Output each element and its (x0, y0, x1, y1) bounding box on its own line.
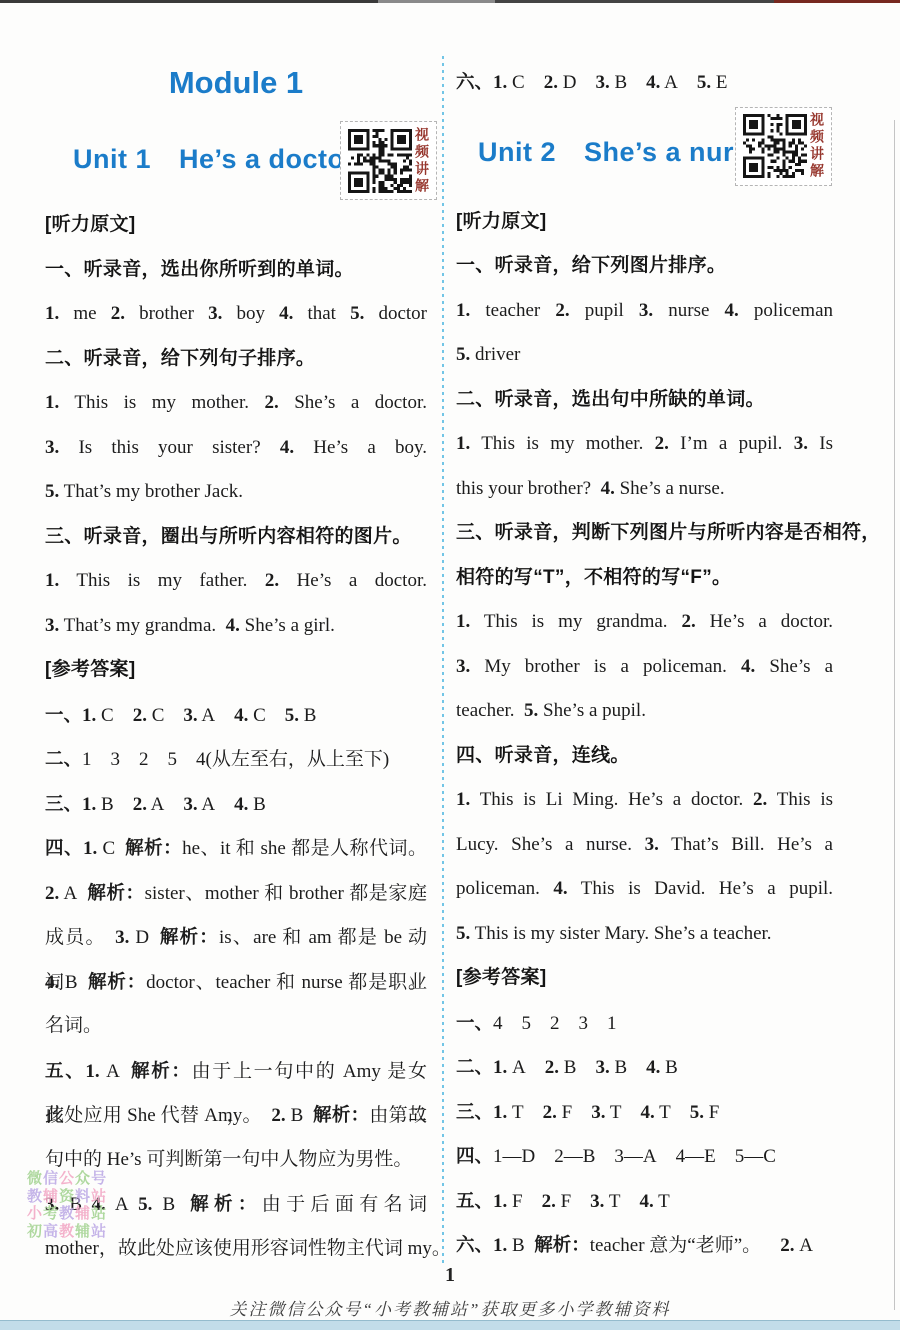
text-segment: A (100, 1061, 130, 1082)
watermark-char: 站 (91, 1223, 107, 1240)
text-segment: F (704, 1102, 719, 1123)
unit1-title: Unit 1 He’s a doctor. (45, 144, 362, 175)
text-segment: 4. (234, 705, 248, 726)
text-segment: 3. (595, 1057, 609, 1078)
text-segment: A (507, 1057, 544, 1078)
watermark-line: 教辅资料站 (27, 1188, 107, 1206)
text-line: 5. driver (456, 333, 833, 378)
workbook-answer-page: Module 1 Unit 1 He’s a doctor. 视频讲解 [听力原… (0, 0, 900, 1330)
text-segment: C (248, 705, 284, 726)
text-line: 1. teacher 2. pupil 3. nurse 4. policema… (456, 289, 833, 334)
text-segment: 1. (493, 1235, 507, 1256)
text-segment: This is my father. (59, 570, 265, 591)
text-segment: 2. (265, 570, 279, 591)
watermark-char: 众 (75, 1170, 91, 1187)
watermark-char: 教 (59, 1205, 75, 1222)
text-line: 六、1. C 2. D 3. B 4. A 5. E (456, 60, 833, 105)
text-segment: 4 5 2 3 1 (493, 1013, 617, 1034)
text-segment: 1. (45, 303, 59, 324)
text-segment: 1. (493, 1191, 507, 1212)
watermark-char: 辅 (43, 1188, 59, 1205)
text-segment: B (152, 1194, 184, 1215)
watermark-char: 辅 (75, 1223, 91, 1240)
text-segment: 2. (271, 1105, 285, 1126)
text-segment: 1. (456, 433, 470, 454)
page-number: 1 (0, 1264, 900, 1287)
watermark-char: 号 (91, 1170, 107, 1187)
text-line: 2. A 解析：sister、mother 和 brother 都是家庭 (45, 871, 427, 916)
qr-code-icon (348, 129, 412, 193)
text-segment: teacher 意为“老师”。 (590, 1235, 780, 1256)
text-segment: 1. (83, 838, 97, 859)
text-segment: 2. (545, 1057, 559, 1078)
text-segment: D (558, 72, 595, 93)
qr-code-icon (743, 114, 807, 178)
text-segment: 五、 (456, 1190, 493, 1211)
text-segment: 六、 (456, 1234, 493, 1255)
text-line: 三、1. B 2. A 3. A 4. B (45, 782, 427, 827)
text-line: 1. This is my mother. 2. I’m a pupil. 3.… (456, 422, 833, 467)
text-line: 1. This is my mother. 2. She’s a doctor. (45, 381, 427, 426)
text-segment: She’s a (755, 656, 833, 677)
text-segment: 2. (544, 72, 558, 93)
text-segment: 1. (493, 72, 507, 93)
text-segment: 3. (591, 1102, 605, 1123)
page-bottom-bar (0, 1320, 900, 1330)
text-segment: 解析： (185, 1193, 262, 1214)
text-segment: F (557, 1102, 591, 1123)
text-segment: 3. (595, 72, 609, 93)
text-segment: 3. (183, 794, 197, 815)
text-segment: 4. (234, 794, 248, 815)
text-segment: This is my mother. (59, 392, 264, 413)
text-segment: brother (125, 303, 208, 324)
text-segment: 2. (133, 794, 147, 815)
text-segment: F (556, 1191, 590, 1212)
qr-box-unit2: 视频讲解 (735, 107, 832, 186)
text-segment: 2. (555, 300, 569, 321)
text-segment: 3. (639, 300, 653, 321)
text-line: 一、4 5 2 3 1 (456, 1001, 833, 1046)
text-line: 二、1 3 2 5 4(从左至右，从上至下) (45, 737, 427, 782)
text-segment: B (286, 1105, 313, 1126)
text-segment: policeman (739, 300, 833, 321)
text-segment: 2. (45, 883, 59, 904)
text-segment: 一、 (456, 1012, 493, 1033)
qr-box-unit1: 视频讲解 (340, 121, 437, 200)
text-segment: B (660, 1057, 677, 1078)
watermark-char: 初 (27, 1223, 43, 1240)
text-line: this your brother? 4. She’s a nurse. (456, 467, 833, 512)
text-segment: B (507, 1235, 534, 1256)
text-segment: policeman. (456, 878, 553, 899)
section-heading: 三、听录音，判断下列图片与所听内容是否相符， (456, 511, 833, 556)
text-segment: 1. (456, 300, 470, 321)
text-segment: that (293, 303, 350, 324)
text-line: 五、1. A 解析：由于上一句中的 Amy 是女孩，故 (45, 1049, 427, 1094)
text-segment: 5. (697, 72, 711, 93)
text-segment: 四、 (456, 1145, 493, 1166)
right-column-carryover-text: 六、1. C 2. D 3. B 4. A 5. E (456, 60, 833, 105)
text-segment: 4. (646, 1057, 660, 1078)
qr-video-label: 视频讲解 (415, 127, 429, 195)
text-segment: 3. (456, 656, 470, 677)
bracket-heading: [参考答案] (45, 648, 427, 693)
text-segment: B (59, 972, 87, 993)
text-segment: This is my sister Mary. She’s a teacher. (470, 923, 771, 944)
right-column-text: [听力原文]一、听录音，给下列图片排序。1. teacher 2. pupil … (456, 200, 833, 1268)
text-segment: 解析： (313, 1104, 370, 1125)
text-segment: 解析： (159, 926, 219, 947)
watermark-char: 信 (43, 1170, 59, 1187)
text-segment: nurse (653, 300, 724, 321)
text-segment: 3. (208, 303, 222, 324)
text-segment: 4. (646, 72, 660, 93)
watermark-line: 初高教辅站 (27, 1223, 107, 1241)
text-segment: 4. (226, 615, 240, 636)
text-segment: me (59, 303, 110, 324)
text-segment: This is Li Ming. He’s a doctor. (470, 789, 753, 810)
text-line: 一、1. C 2. C 3. A 4. C 5. B (45, 693, 427, 738)
text-segment: 1. (45, 570, 59, 591)
text-segment: A (147, 794, 183, 815)
text-segment: 2. (542, 1191, 556, 1212)
text-segment: sister、mother 和 brother 都是家庭 (145, 883, 427, 904)
text-segment: A (198, 794, 234, 815)
text-line: 三、1. T 2. F 3. T 4. T 5. F (456, 1090, 833, 1135)
text-line: teacher. 5. She’s a pupil. (456, 689, 833, 734)
text-segment: 2. (133, 705, 147, 726)
text-segment: T (604, 1191, 639, 1212)
text-segment: pupil (570, 300, 639, 321)
unit2-title: Unit 2 She’s a nurse. (456, 137, 773, 168)
text-segment: 4. (553, 878, 567, 899)
text-segment: 4. (45, 972, 59, 993)
text-segment: 解析： (129, 1060, 191, 1081)
text-segment: C (147, 705, 183, 726)
section-heading: 二、听录音，给下列句子排序。 (45, 337, 427, 382)
text-segment: 3. (45, 437, 59, 458)
text-segment: 1—D 2—B 3—A 4—E 5—C (493, 1146, 776, 1167)
text-segment: 四、 (45, 837, 83, 858)
section-heading: 一、听录音，选出你所听到的单词。 (45, 248, 427, 293)
text-line: 此处应用 She 代替 Amy。 2. B 解析：由第二 (45, 1093, 427, 1138)
text-segment: doctor、teacher 和 nurse 都是职业 (146, 972, 427, 993)
text-segment: 1. (493, 1057, 507, 1078)
text-line: policeman. 4. This is David. He’s a pupi… (456, 867, 833, 912)
text-line: 名词。 (45, 1004, 427, 1049)
section-heading: 二、听录音，选出句中所缺的单词。 (456, 378, 833, 423)
text-segment: B (248, 794, 265, 815)
page-top-edge (0, 0, 900, 3)
section-heading: 三、听录音，圈出与所听内容相符的图片。 (45, 515, 427, 560)
text-segment: 4. (280, 437, 294, 458)
text-segment: 解析： (534, 1234, 590, 1255)
text-segment: 1. (82, 705, 96, 726)
text-segment: teacher (470, 300, 555, 321)
text-segment: 二、 (456, 1056, 493, 1077)
text-segment: 1. (456, 611, 470, 632)
text-line: 成员。 3. D 解析：is、are 和 am 都是 be 动词。 (45, 915, 427, 960)
text-segment: F (507, 1191, 541, 1212)
text-segment: 1 3 2 5 4(从左至右，从上至下) (82, 749, 389, 770)
text-segment: 句中的 He’s 可判断第一句中人物应为男性。 (45, 1149, 412, 1170)
unit1-header: Unit 1 He’s a doctor. 视频讲解 (45, 115, 427, 203)
text-segment: 2. (543, 1102, 557, 1123)
text-segment: driver (470, 344, 520, 365)
text-segment: I’m a pupil. (669, 433, 794, 454)
text-segment: That’s my grandma. (59, 615, 225, 636)
text-segment: 解析： (125, 837, 182, 858)
text-segment: 2. (111, 303, 125, 324)
text-line: 四、1. C 解析：he、it 和 she 都是人称代词。 (45, 826, 427, 871)
text-segment: D (129, 927, 158, 948)
text-segment: 解析： (87, 882, 145, 903)
text-segment: 1. (493, 1102, 507, 1123)
text-segment: 4. (640, 1102, 654, 1123)
text-segment: C (97, 838, 124, 859)
text-segment: T (507, 1102, 542, 1123)
text-segment: C (507, 72, 543, 93)
section-heading: 一、听录音，给下列图片排序。 (456, 244, 833, 289)
text-segment: 由第二 (369, 1105, 427, 1126)
unit2-header: Unit 2 She’s a nurse. 视频讲解 (456, 105, 833, 200)
text-line: 二、1. A 2. B 3. B 4. B (456, 1045, 833, 1090)
text-segment: 4. (725, 300, 739, 321)
text-segment: 解析： (87, 971, 146, 992)
text-segment: 3. (645, 834, 659, 855)
text-segment: B (299, 705, 316, 726)
text-segment: 2. (264, 392, 278, 413)
text-segment: 5. (690, 1102, 704, 1123)
text-segment: 5. (456, 923, 470, 944)
text-segment: 2. (780, 1235, 794, 1256)
text-segment: He’s a doctor. (279, 570, 427, 591)
text-segment: He’s a doctor. (696, 611, 833, 632)
text-segment: B (559, 1057, 595, 1078)
text-segment: B (610, 72, 646, 93)
text-segment: 5. (524, 700, 538, 721)
watermark-char: 教 (59, 1223, 75, 1240)
watermark-char: 资 (59, 1188, 75, 1205)
text-segment: 3. (794, 433, 808, 454)
text-segment: That’s my brother Jack. (59, 481, 243, 502)
text-segment: Lucy. She’s a nurse. (456, 834, 645, 855)
text-segment: doctor (364, 303, 427, 324)
text-segment: teacher. (456, 700, 524, 721)
text-segment: B (96, 794, 132, 815)
section-heading: 相符的写“T”，不相符的写“F”。 (456, 556, 833, 601)
text-segment: She’s a girl. (240, 615, 335, 636)
text-segment: My brother is a policeman. (470, 656, 741, 677)
text-segment: 3. (183, 705, 197, 726)
text-segment: 5. (456, 344, 470, 365)
text-segment: mother，故此处应该使用形容词性物主代词 my。 (45, 1238, 451, 1259)
text-segment: 5. (45, 481, 59, 502)
text-segment: 2. (681, 611, 695, 632)
text-segment: boy (222, 303, 279, 324)
text-segment: 六、 (456, 71, 493, 92)
text-segment: T (655, 1102, 690, 1123)
left-column-text: [听力原文]一、听录音，选出你所听到的单词。1. me 2. brother 3… (45, 203, 427, 1271)
text-segment: 5. (285, 705, 299, 726)
watermark-line: 微信公众号 (27, 1170, 107, 1188)
text-segment: this your brother? (456, 478, 601, 499)
text-line: 1. This is my father. 2. He’s a doctor. (45, 559, 427, 604)
text-segment: 名词。 (45, 1015, 102, 1036)
text-segment: He’s a boy. (294, 437, 427, 458)
text-segment: 3. (45, 615, 59, 636)
text-line: 3. My brother is a policeman. 4. She’s a (456, 645, 833, 690)
text-segment: 1. (456, 789, 470, 810)
text-segment: 此处应用 She 代替 Amy。 (45, 1105, 271, 1126)
watermark-char: 公 (59, 1170, 75, 1187)
text-line: 3. That’s my grandma. 4. She’s a girl. (45, 604, 427, 649)
text-line: 六、1. B 解析：teacher 意为“老师”。 2. A (456, 1223, 833, 1268)
left-column: Module 1 Unit 1 He’s a doctor. 视频讲解 [听力原… (45, 60, 427, 1271)
text-segment: B (610, 1057, 646, 1078)
text-segment: T (654, 1191, 670, 1212)
text-line: 5. That’s my brother Jack. (45, 470, 427, 515)
text-line: 5. This is my sister Mary. She’s a teach… (456, 912, 833, 957)
text-line: 1. me 2. brother 3. boy 4. that 5. docto… (45, 292, 427, 337)
watermark-char: 站 (91, 1188, 107, 1205)
text-segment: 4. (601, 478, 615, 499)
text-segment: A (794, 1235, 812, 1256)
text-segment: 4. (741, 656, 755, 677)
footer-note: 关注微信公众号“小考教辅站”获取更多小学教辅资料 (0, 1295, 900, 1320)
watermark-char: 辅 (75, 1205, 91, 1222)
text-line: 1. This is my grandma. 2. He’s a doctor. (456, 600, 833, 645)
text-segment: he、it 和 she 都是人称代词。 (182, 838, 427, 859)
text-line: Lucy. She’s a nurse. 3. That’s Bill. He’… (456, 823, 833, 868)
bracket-heading: [参考答案] (456, 956, 833, 1001)
watermark-char: 站 (91, 1205, 107, 1222)
text-segment: A (198, 705, 234, 726)
column-divider (442, 56, 444, 1264)
text-line: 4. B 解析：doctor、teacher 和 nurse 都是职业 (45, 960, 427, 1005)
section-heading: 四、听录音，连线。 (456, 734, 833, 779)
text-segment: A (106, 1194, 138, 1215)
text-segment: Is (808, 433, 833, 454)
watermark-line: 小考教辅站 (27, 1205, 107, 1223)
text-segment: This is David. He’s a pupil. (568, 878, 833, 899)
bracket-heading: [听力原文] (456, 200, 833, 245)
page-right-edge (894, 120, 895, 1310)
watermark-char: 考 (43, 1205, 59, 1222)
text-line: 3. Is this your sister? 4. He’s a boy. (45, 426, 427, 471)
text-segment: Is this your sister? (59, 437, 280, 458)
text-segment: 4. (639, 1191, 653, 1212)
text-segment: 5. (350, 303, 364, 324)
text-segment: 2. (753, 789, 767, 810)
text-segment: C (96, 705, 132, 726)
watermark-char: 高 (43, 1223, 59, 1240)
qr-video-label: 视频讲解 (810, 112, 824, 180)
text-segment: She’s a pupil. (538, 700, 646, 721)
text-segment: 一、 (45, 704, 82, 725)
watermark-char: 料 (75, 1188, 91, 1205)
text-segment: 由于后面有名词 (262, 1194, 427, 1215)
text-segment: 1. (85, 1061, 99, 1082)
module-title: Module 1 (45, 60, 427, 115)
text-segment: This is my grandma. (470, 611, 681, 632)
text-segment: 1. (45, 392, 59, 413)
watermark-char: 微 (27, 1170, 43, 1187)
text-segment: 成员。 (45, 927, 115, 948)
text-segment: This is my mother. (470, 433, 654, 454)
text-segment: 三、 (45, 793, 82, 814)
text-segment: This is (767, 789, 833, 810)
text-segment: 二、 (45, 748, 82, 769)
text-segment: That’s Bill. He’s a (659, 834, 833, 855)
text-segment: A (660, 72, 696, 93)
text-segment: 3. (115, 927, 129, 948)
text-segment: A (59, 883, 87, 904)
text-segment: She’s a doctor. (279, 392, 427, 413)
text-segment: 三、 (456, 1101, 493, 1122)
text-segment: T (605, 1102, 640, 1123)
text-segment: 5. (138, 1194, 152, 1215)
text-segment: E (711, 72, 727, 93)
text-segment: 2. (655, 433, 669, 454)
text-segment: She’s a nurse. (615, 478, 725, 499)
text-line: 1. This is Li Ming. He’s a doctor. 2. Th… (456, 778, 833, 823)
text-segment: 4. (279, 303, 293, 324)
text-line: 四、1—D 2—B 3—A 4—E 5—C (456, 1134, 833, 1179)
bracket-heading: [听力原文] (45, 203, 427, 248)
watermark-char: 小 (27, 1205, 43, 1222)
text-segment: 1. (82, 794, 96, 815)
text-segment: 3. (590, 1191, 604, 1212)
right-column: 六、1. C 2. D 3. B 4. A 5. E Unit 2 She’s … (456, 60, 833, 1268)
watermark: 微信公众号教辅资料站小考教辅站初高教辅站 (27, 1170, 107, 1240)
watermark-char: 教 (27, 1188, 43, 1205)
text-line: 五、1. F 2. F 3. T 4. T (456, 1179, 833, 1224)
text-segment: 五、 (45, 1060, 85, 1081)
